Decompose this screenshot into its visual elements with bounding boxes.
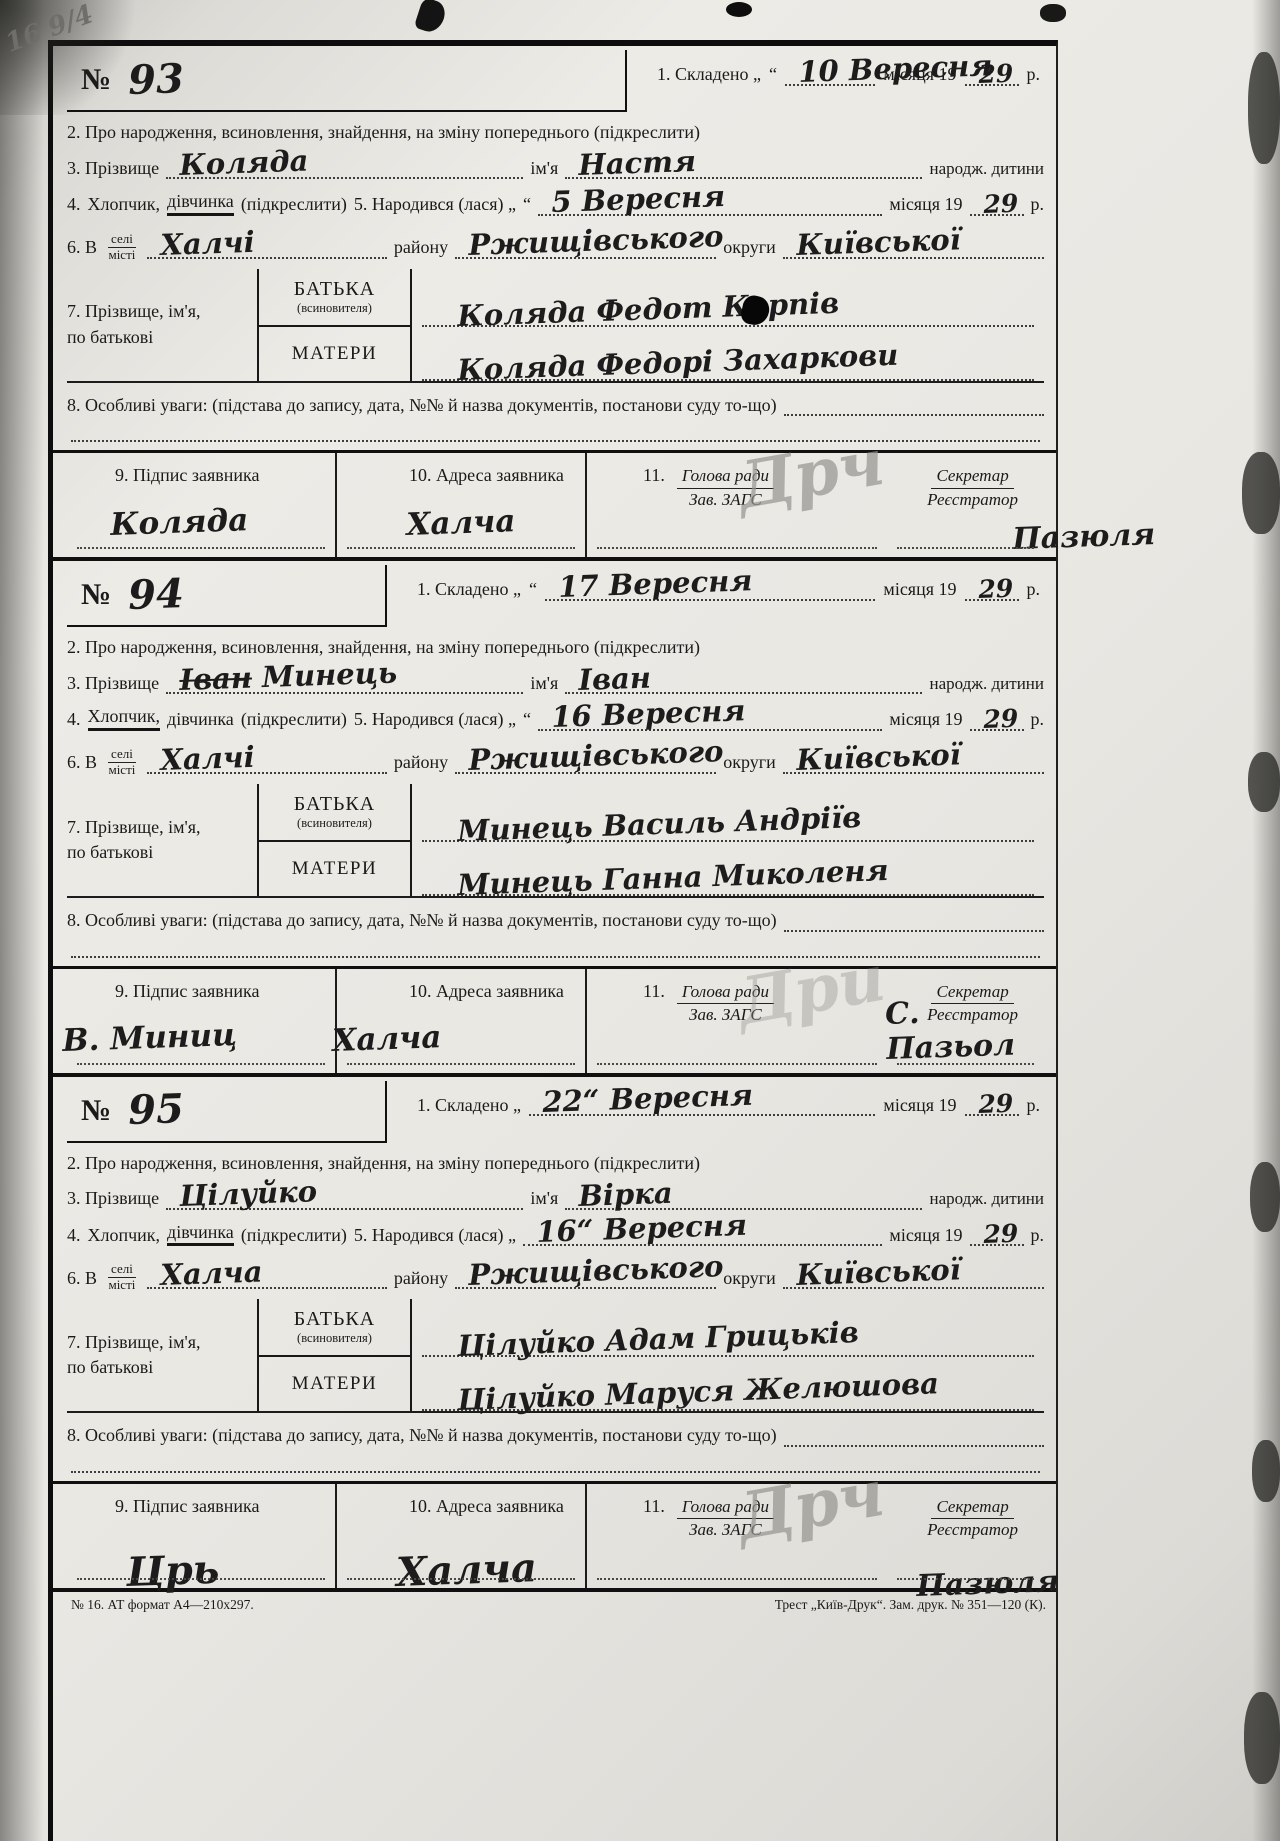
secretary-cell: СекретарРеєстратор Пазюля — [887, 1484, 1044, 1588]
okrug-value: Київської — [796, 1252, 961, 1292]
village-value: Халчі — [160, 740, 255, 777]
record-type-line: 2. Про народження, всиновлення, знайденн… — [67, 637, 1044, 659]
mother-field: Коляда Федорі Захаркови — [422, 327, 1034, 381]
quote-mark: “ — [769, 64, 777, 86]
father-field: Минець Василь Андріїв — [422, 784, 1034, 842]
year-suffix: р. — [1031, 194, 1045, 216]
birth-year-value: 29 — [982, 189, 1018, 219]
name-label: ім'я — [530, 158, 558, 180]
mother-value: Коляда Федорі Захаркови — [457, 337, 899, 386]
birth-record: № 94 1. Складено „ “ 17 Вересня місяця 1… — [53, 561, 1056, 1076]
father-field: Цілуйко Адам Грицьків — [422, 1299, 1034, 1357]
month-label: місяця 19 — [883, 1095, 956, 1117]
applicant-address-cell: 10. Адреса заявника Халча — [337, 453, 587, 557]
town-label: місті — [108, 763, 135, 778]
applicant-address-label: 10. Адреса заявника — [409, 981, 564, 1001]
secretary-cell: СекретарРеєстратор С. Пазьол — [887, 969, 1044, 1073]
secretary-title-bottom: Реєстратор — [927, 1519, 1018, 1540]
remarks-line: 8. Особливі уваги: (підстава до запису, … — [67, 910, 1044, 932]
child-birth-label: народж. дитини — [929, 159, 1044, 179]
district-value: Ржищівського — [468, 734, 724, 777]
village-value: Халча — [160, 1255, 263, 1293]
father-label: БАТЬКА — [294, 793, 375, 816]
secretary-signature-value: С. Пазьол — [885, 992, 1024, 1067]
applicant-signature-value: Коляда — [110, 502, 249, 543]
name-value: Настя — [578, 144, 697, 182]
birth-record: № 95 1. Складено „ 22“ Вересня місяця 19… — [53, 1077, 1056, 1592]
village-field: Халчі — [147, 251, 387, 259]
quote-mark: “ — [523, 709, 531, 731]
record-number-symbol: № — [81, 578, 111, 612]
compiled-date-field: 17 Вересня — [545, 593, 875, 601]
okrug-field: Київської — [783, 251, 1044, 259]
surname-field: Коляда — [166, 171, 523, 179]
mother-header: МАТЕРИ — [257, 1357, 412, 1411]
parents-label-line1: 7. Прізвище, ім'я, — [67, 815, 257, 840]
underline-note: (підкреслити) — [241, 709, 347, 731]
line6-number: 6. В — [67, 1268, 97, 1290]
year-suffix: р. — [1027, 64, 1041, 86]
mother-field: Цілуйко Маруся Желюшова — [422, 1357, 1034, 1411]
surname-value-wrap: ІванМинець — [179, 656, 398, 698]
quote-mark: “ — [529, 579, 537, 601]
father-sub-label: (всиновителя) — [297, 301, 372, 316]
surname-label: 3. Прізвище — [67, 1188, 159, 1210]
boy-label: Хлопчик, — [88, 706, 161, 731]
district-label: району — [394, 752, 448, 774]
district-field: Ржищівського — [455, 766, 716, 774]
applicant-address-label: 10. Адреса заявника — [409, 465, 564, 485]
compiled-line: 1. Складено „ “ 17 Вересня місяця 19 29 … — [387, 579, 1044, 613]
head-number: 11. — [643, 981, 665, 1073]
surname-label: 3. Прізвище — [67, 673, 159, 695]
year-suffix: р. — [1027, 1095, 1041, 1117]
surname-field: Цілуйко — [166, 1202, 523, 1210]
girl-label: дівчинка — [167, 1222, 234, 1247]
district-label: району — [394, 237, 448, 259]
birth-year-field: 29 — [970, 208, 1024, 216]
place-line: 6. В селімісті Халчі району Ржищівського… — [67, 743, 1044, 774]
name-label: ім'я — [530, 673, 558, 695]
head-number: 11. — [643, 1496, 665, 1588]
mother-header: МАТЕРИ — [257, 327, 412, 381]
birth-date-field: 16“ Вересня — [523, 1238, 882, 1246]
remarks-line: 8. Особливі уваги: (підстава до запису, … — [67, 395, 1044, 417]
compiled-date-field: 22“ Вересня — [529, 1108, 875, 1116]
father-header: БАТЬКА(всиновителя) — [257, 784, 412, 842]
surname-value: Коляда — [179, 144, 309, 182]
parents-section: 7. Прізвище, ім'я,по батькові БАТЬКА(вси… — [67, 269, 1044, 383]
surname-line: 3. Прізвище Коляда ім'я Настя народж. ди… — [67, 158, 1044, 180]
born-label: 5. Народився (лася) „ — [354, 709, 516, 731]
secretary-cell: СекретарРеєстратор Пазюля — [887, 453, 1044, 557]
surname-label: 3. Прізвище — [67, 158, 159, 180]
compiled-date-value: 10 Вересня — [798, 48, 993, 89]
compiled-date-field: 10 Вересня — [785, 78, 875, 86]
parents-label-line2: по батькові — [67, 840, 257, 865]
sex-and-birthdate-line: 4. Хлопчик, дівчинка (підкреслити) 5. На… — [67, 191, 1044, 216]
applicant-signature-cell: 9. Підпис заявника В. Миниц — [67, 969, 337, 1073]
born-label: 5. Народився (лася) „ — [354, 194, 516, 216]
line4-number: 4. — [67, 709, 81, 731]
district-field: Ржищівського — [455, 251, 716, 259]
village-label: селі — [108, 747, 136, 763]
secretary-signature-value: Пазюля — [1012, 517, 1156, 557]
remarks-line: 8. Особливі уваги: (підстава до запису, … — [67, 1425, 1044, 1447]
month-label: місяця 19 — [889, 709, 962, 731]
print-footer: № 16. АТ формат А4—210х297. Трест „Київ-… — [53, 1592, 1056, 1613]
underline-note: (підкреслити) — [241, 194, 347, 216]
record-number-value: 93 — [128, 55, 185, 104]
father-label: БАТЬКА — [294, 1308, 375, 1331]
surname-value: Минець — [261, 656, 397, 695]
father-label: БАТЬКА — [294, 278, 375, 301]
record-header: № 93 1. Складено „ “ 10 Вересня місяця 1… — [67, 50, 1044, 112]
record-number-value: 94 — [128, 570, 185, 619]
birth-date-value: 16 Вересня — [551, 693, 746, 734]
compiled-label: 1. Складено „ — [417, 1095, 521, 1117]
line6-number: 6. В — [67, 752, 97, 774]
applicant-signature-cell: 9. Підпис заявника Коляда — [67, 453, 337, 557]
village-label: селі — [108, 232, 136, 248]
birth-year-field: 29 — [970, 1238, 1024, 1246]
record-type-line: 2. Про народження, всиновлення, знайденн… — [67, 122, 1044, 144]
birth-year-value: 29 — [982, 1219, 1018, 1249]
parents-label-line2: по батькові — [67, 325, 257, 350]
head-cell: 11. Голова радиЗав. ЗАГС Дрч — [587, 1484, 887, 1588]
birth-date-value: 16“ Вересня — [536, 1208, 748, 1249]
surname-struck-value: Іван — [179, 661, 253, 698]
town-label: місті — [108, 248, 135, 263]
year-value: 29 — [977, 574, 1013, 604]
district-label: району — [394, 1268, 448, 1290]
name-label: ім'я — [530, 1188, 558, 1210]
okrug-label: округи — [723, 752, 776, 774]
applicant-signature-label: 9. Підпис заявника — [115, 981, 260, 1001]
signature-row: 9. Підпис заявника Коляда 10. Адреса зая… — [67, 453, 1044, 557]
compiled-label: 1. Складено „ — [657, 64, 761, 86]
underline-note: (підкреслити) — [241, 1225, 347, 1247]
district-value: Ржищівського — [468, 1249, 724, 1292]
village-town-fraction: селімісті — [108, 232, 136, 263]
town-label: місті — [108, 1278, 135, 1293]
compiled-line: 1. Складено „ “ 10 Вересня місяця 19 29 … — [627, 64, 1044, 98]
record-type-label: 2. Про народження, всиновлення, знайденн… — [67, 122, 700, 144]
record-number-box: № 95 — [67, 1081, 387, 1143]
compiled-line: 1. Складено „ 22“ Вересня місяця 19 29 р… — [387, 1095, 1044, 1129]
line6-number: 6. В — [67, 237, 97, 259]
surname-line: 3. Прізвище Цілуйко ім'я Вірка народж. д… — [67, 1188, 1044, 1210]
sex-and-birthdate-line: 4. Хлопчик, дівчинка (підкреслити) 5. На… — [67, 706, 1044, 731]
applicant-address-value: Халча — [406, 503, 516, 543]
year-field: 29 — [965, 1108, 1019, 1116]
mother-value: Минець Ганна Миколеня — [457, 853, 889, 902]
father-sub-label: (всиновителя) — [297, 1331, 372, 1346]
surname-value: Цілуйко — [179, 1174, 318, 1213]
line4-number: 4. — [67, 194, 81, 216]
child-birth-label: народж. дитини — [929, 1189, 1044, 1209]
line4-number: 4. — [67, 1225, 81, 1247]
parents-label-line1: 7. Прізвище, ім'я, — [67, 299, 257, 324]
quote-mark: “ — [523, 194, 531, 216]
okrug-label: округи — [723, 1268, 776, 1290]
head-number: 11. — [643, 465, 665, 557]
remarks-field — [784, 1439, 1044, 1447]
birth-date-field: 5 Вересня — [538, 208, 882, 216]
parents-section: 7. Прізвище, ім'я,по батькові БАТЬКА(вси… — [67, 784, 1044, 898]
signature-row: 9. Підпис заявника Црь 10. Адреса заявни… — [67, 1484, 1044, 1588]
village-town-fraction: селімісті — [108, 747, 136, 778]
child-birth-label: народж. дитини — [929, 674, 1044, 694]
father-header: БАТЬКА(всиновителя) — [257, 1299, 412, 1357]
district-field: Ржищівського — [455, 1281, 716, 1289]
secretary-title-top: Секретар — [931, 1496, 1013, 1519]
applicant-address-label: 10. Адреса заявника — [409, 1496, 564, 1516]
remarks-empty-line — [71, 438, 1040, 442]
village-label: селі — [108, 1262, 136, 1278]
parents-section: 7. Прізвище, ім'я,по батькові БАТЬКА(вси… — [67, 1299, 1044, 1413]
okrug-field: Київської — [783, 766, 1044, 774]
remarks-label: 8. Особливі уваги: (підстава до запису, … — [67, 910, 777, 932]
birth-year-field: 29 — [970, 723, 1024, 731]
year-value: 29 — [977, 59, 1013, 89]
record-type-label: 2. Про народження, всиновлення, знайденн… — [67, 1153, 700, 1175]
applicant-signature-value: Црь — [125, 1546, 220, 1596]
secretary-signature-value: Пазюля — [916, 1564, 1060, 1604]
place-line: 6. В селімісті Халчі району Ржищівського… — [67, 228, 1044, 259]
applicant-address-cell: 10. Адреса заявника Халча — [337, 969, 587, 1073]
village-field: Халча — [147, 1281, 387, 1289]
parents-label-line2: по батькові — [67, 1355, 257, 1380]
record-number-symbol: № — [81, 63, 111, 97]
year-field: 29 — [965, 593, 1019, 601]
applicant-signature-value: В. Миниц — [62, 1016, 238, 1058]
head-cell: 11. Голова радиЗав. ЗАГС Дри — [587, 969, 887, 1073]
born-label: 5. Народився (лася) „ — [354, 1225, 516, 1247]
name-value: Вірка — [578, 1175, 673, 1212]
secretary-title-bottom: Реєстратор — [927, 489, 1018, 510]
month-label: місяця 19 — [889, 194, 962, 216]
girl-label: дівчинка — [167, 191, 234, 216]
head-cell: 11. Голова радиЗав. ЗАГС Дрч — [587, 453, 887, 557]
birth-record: № 93 1. Складено „ “ 10 Вересня місяця 1… — [53, 46, 1056, 561]
signature-row: 9. Підпис заявника В. Миниц 10. Адреса з… — [67, 969, 1044, 1073]
surname-line: 3. Прізвище ІванМинець ім'я Іван народж.… — [67, 673, 1044, 695]
remarks-field — [784, 408, 1044, 416]
remarks-label: 8. Особливі уваги: (підстава до запису, … — [67, 1425, 777, 1447]
record-type-line: 2. Про народження, всиновлення, знайденн… — [67, 1153, 1044, 1175]
parents-label-line1: 7. Прізвище, ім'я, — [67, 1330, 257, 1355]
birth-date-value: 5 Вересня — [551, 179, 726, 219]
compiled-date-value: 22“ Вересня — [542, 1078, 754, 1119]
remarks-field — [784, 924, 1044, 932]
village-field: Халчі — [147, 766, 387, 774]
village-town-fraction: селімісті — [108, 1262, 136, 1293]
village-value: Халчі — [160, 224, 255, 261]
applicant-address-value: Халча — [395, 1544, 537, 1596]
surname-value-wrap: Цілуйко — [179, 1174, 318, 1213]
mother-value: Цілуйко Маруся Желюшова — [457, 1366, 940, 1417]
father-sub-label: (всиновителя) — [297, 816, 372, 831]
remarks-empty-line — [71, 1469, 1040, 1473]
father-header: БАТЬКА(всиновителя) — [257, 269, 412, 327]
father-value: Цілуйко Адам Грицьків — [457, 1315, 859, 1363]
okrug-value: Київської — [796, 737, 961, 777]
remarks-empty-line — [71, 954, 1040, 958]
month-label: місяця 19 — [883, 579, 956, 601]
boy-label: Хлопчик, — [88, 1225, 161, 1247]
footer-left-text: № 16. АТ формат А4—210х297. — [71, 1597, 254, 1613]
applicant-signature-label: 9. Підпис заявника — [115, 1496, 260, 1516]
year-suffix: р. — [1027, 579, 1041, 601]
place-line: 6. В селімісті Халча району Ржищівського… — [67, 1258, 1044, 1289]
record-number-value: 95 — [128, 1085, 185, 1134]
okrug-field: Київської — [783, 1281, 1044, 1289]
name-field: Настя — [565, 171, 922, 179]
record-number-symbol: № — [81, 1094, 111, 1128]
record-header: № 94 1. Складено „ “ 17 Вересня місяця 1… — [67, 565, 1044, 627]
birth-date-field: 16 Вересня — [538, 723, 882, 731]
year-suffix: р. — [1031, 709, 1045, 731]
father-field: Коляда Федот Карпів — [422, 269, 1034, 327]
father-value: Коляда Федот Карпів — [457, 285, 840, 332]
applicant-address-cell: 10. Адреса заявника Халча — [337, 1484, 587, 1588]
form-frame: № 93 1. Складено „ “ 10 Вересня місяця 1… — [48, 40, 1058, 1841]
mother-field: Минець Ганна Миколеня — [422, 842, 1034, 896]
mother-header: МАТЕРИ — [257, 842, 412, 896]
secretary-title-fraction: СекретарРеєстратор — [927, 465, 1018, 557]
surname-field: ІванМинець — [166, 686, 523, 694]
secretary-title-top: Секретар — [931, 465, 1013, 488]
girl-label: дівчинка — [167, 709, 234, 731]
year-value: 29 — [977, 1089, 1013, 1119]
record-number-box: № 94 — [67, 565, 387, 627]
parents-label: 7. Прізвище, ім'я,по батькові — [67, 1330, 257, 1380]
applicant-signature-cell: 9. Підпис заявника Црь — [67, 1484, 337, 1588]
sex-and-birthdate-line: 4. Хлопчик, дівчинка (підкреслити) 5. На… — [67, 1222, 1044, 1247]
record-number-box: № 93 — [67, 50, 627, 112]
month-label: місяця 19 — [889, 1225, 962, 1247]
applicant-address-value: Халча — [332, 1019, 442, 1059]
okrug-value: Київської — [796, 222, 961, 262]
year-suffix: р. — [1031, 1225, 1045, 1247]
boy-label: Хлопчик, — [88, 194, 161, 216]
name-value: Іван — [578, 661, 652, 698]
remarks-label: 8. Особливі уваги: (підстава до запису, … — [67, 395, 777, 417]
applicant-signature-label: 9. Підпис заявника — [115, 465, 260, 485]
surname-value-wrap: Коляда — [179, 144, 309, 182]
compiled-date-value: 17 Вересня — [558, 563, 753, 604]
okrug-label: округи — [723, 237, 776, 259]
district-value: Ржищівського — [468, 219, 724, 262]
parents-label: 7. Прізвище, ім'я,по батькові — [67, 815, 257, 865]
record-header: № 95 1. Складено „ 22“ Вересня місяця 19… — [67, 1081, 1044, 1143]
father-value: Минець Василь Андріїв — [457, 800, 862, 848]
compiled-label: 1. Складено „ — [417, 579, 521, 601]
parents-label: 7. Прізвище, ім'я,по батькові — [67, 299, 257, 349]
birth-year-value: 29 — [982, 704, 1018, 734]
